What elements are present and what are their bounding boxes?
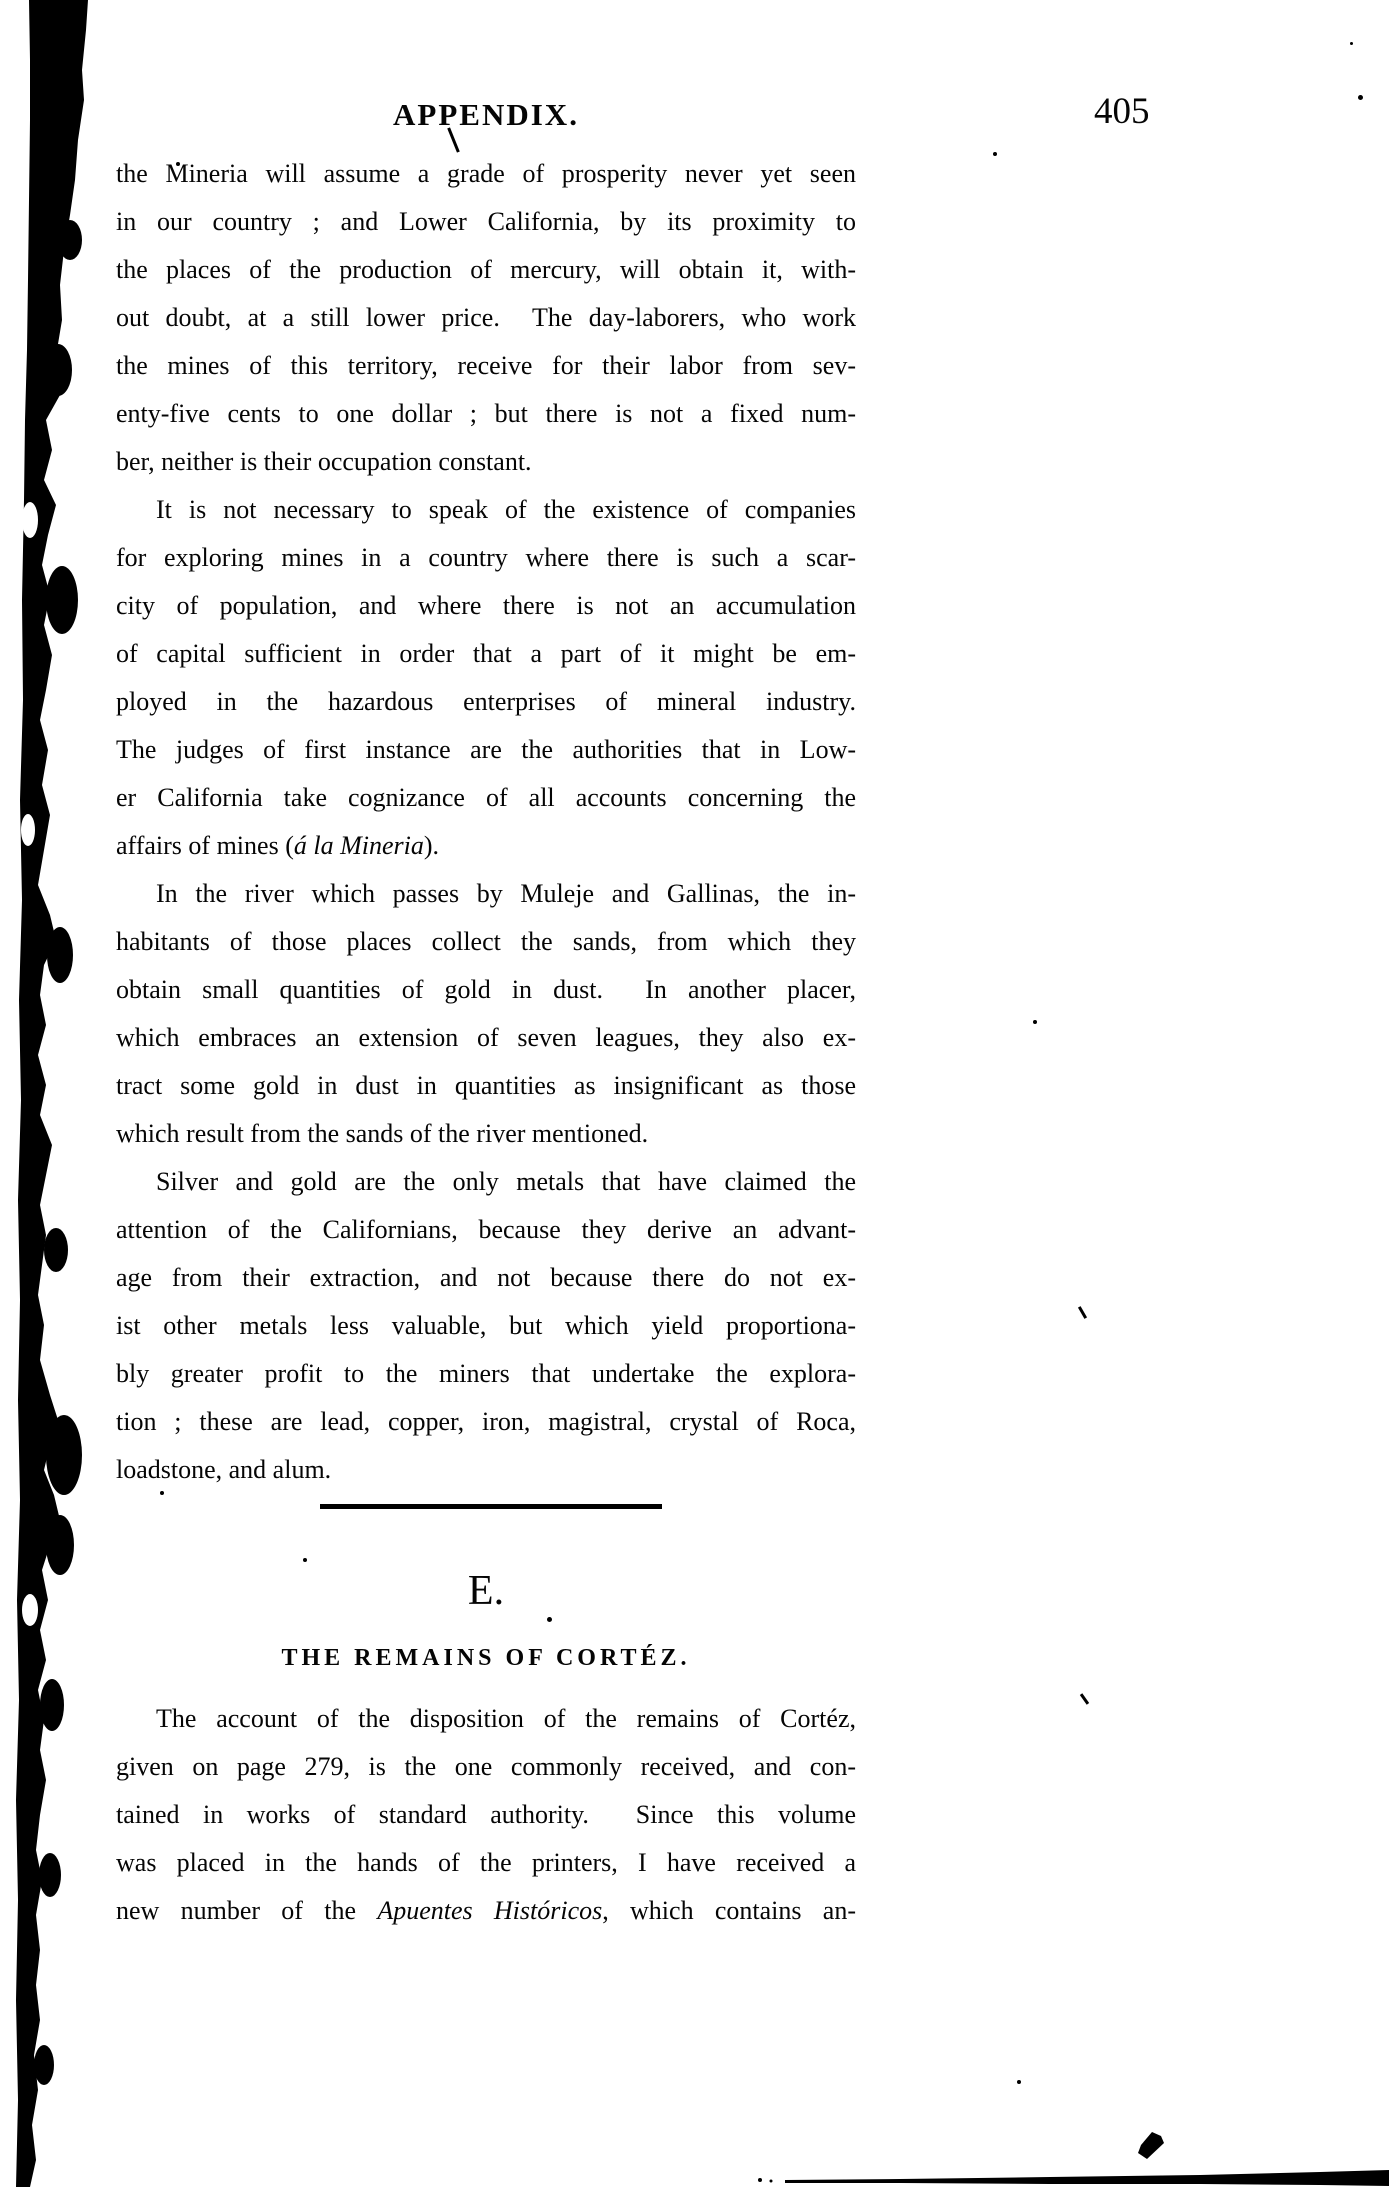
text-segment: age from their extraction, and not becau… xyxy=(116,1263,856,1292)
scan-speck xyxy=(993,152,997,156)
text-segment: in our country ; and Lower California, b… xyxy=(116,207,856,236)
text-line: ber, neither is their occupation constan… xyxy=(116,438,856,486)
text-line: bly greater profit to the miners that un… xyxy=(116,1350,856,1398)
scan-speck xyxy=(160,1491,164,1495)
text-segment: affairs of mines ( xyxy=(116,831,294,860)
text-line: obtain small quantities of gold in dust.… xyxy=(116,966,856,1014)
text-segment: Silver and gold are the only metals that… xyxy=(156,1167,856,1196)
text-line: The account of the disposition of the re… xyxy=(116,1695,856,1743)
text-segment: the mines of this territory, receive for… xyxy=(116,351,856,380)
text-line: In the river which passes by Muleje and … xyxy=(116,870,856,918)
text-segment: The account of the disposition of the re… xyxy=(156,1704,856,1733)
text-line: Silver and gold are the only metals that… xyxy=(116,1158,856,1206)
text-line: habitants of those places collect the sa… xyxy=(116,918,856,966)
text-line: given on page 279, is the one commonly r… xyxy=(116,1743,856,1791)
text-line: which embraces an extension of seven lea… xyxy=(116,1014,856,1062)
text-line: ist other metals less valuable, but whic… xyxy=(116,1302,856,1350)
text-line: the mines of this territory, receive for… xyxy=(116,342,856,390)
text-line: loadstone, and alum. xyxy=(116,1446,856,1494)
scan-speck xyxy=(1350,42,1353,45)
text-segment: the places of the production of mercury,… xyxy=(116,255,856,284)
text-segment: loadstone, and alum. xyxy=(116,1455,331,1484)
text-segment: habitants of those places collect the sa… xyxy=(116,927,856,956)
text-segment: It is not necessary to speak of the exis… xyxy=(156,495,856,524)
text-segment: was placed in the hands of the printers,… xyxy=(116,1848,856,1877)
stray-mark xyxy=(1080,1693,1089,1705)
text-line: tion ; these are lead, copper, iron, mag… xyxy=(116,1398,856,1446)
text-line: er California take cognizance of all acc… xyxy=(116,774,856,822)
text-segment: for exploring mines in a country where t… xyxy=(116,543,856,572)
text-segment: enty-five cents to one dollar ; but ther… xyxy=(116,399,856,428)
text-line: tained in works of standard authority. S… xyxy=(116,1791,856,1839)
text-line: new number of the Apuentes Históricos, w… xyxy=(116,1887,856,1935)
scan-speck xyxy=(1033,1020,1037,1024)
page-number: 405 xyxy=(1094,90,1150,133)
text-segment: tion ; these are lead, copper, iron, mag… xyxy=(116,1407,856,1436)
book-page: APPENDIX. 405 the Mineria will assume a … xyxy=(0,0,1389,2187)
text-line: which result from the sands of the river… xyxy=(116,1110,856,1158)
scan-speck xyxy=(303,1558,307,1562)
text-line: The judges of first instance are the aut… xyxy=(116,726,856,774)
appendix-e-paragraphs: The account of the disposition of the re… xyxy=(116,1695,856,1935)
text-segment: ber, neither is their occupation constan… xyxy=(116,447,532,476)
appendix-d-paragraphs: the Mineria will assume a grade of prosp… xyxy=(116,150,856,1494)
text-segment: tract some gold in dust in quantities as… xyxy=(116,1071,856,1100)
text-segment: ). xyxy=(424,831,439,860)
text-line: city of population, and where there is n… xyxy=(116,582,856,630)
text-segment: the Mineria will assume a grade of prosp… xyxy=(116,159,856,188)
text-line: It is not necessary to speak of the exis… xyxy=(116,486,856,534)
text-segment: city of population, and where there is n… xyxy=(116,591,856,620)
text-segment: out doubt, at a still lower price. The d… xyxy=(116,303,856,332)
text-line: out doubt, at a still lower price. The d… xyxy=(116,294,856,342)
section-heading: E. xyxy=(116,1565,856,1617)
section-divider xyxy=(320,1504,662,1509)
scan-speck xyxy=(176,162,180,166)
text-segment: , which contains an- xyxy=(602,1896,856,1925)
text-segment: The judges of first instance are the aut… xyxy=(116,735,856,764)
text-segment: of capital sufficient in order that a pa… xyxy=(116,639,856,668)
text-segment: tained in works of standard authority. S… xyxy=(116,1800,856,1829)
scan-speck xyxy=(547,1617,552,1622)
text-line: ployed in the hazardous enterprises of m… xyxy=(116,678,856,726)
text-segment: attention of the Californians, because t… xyxy=(116,1215,856,1244)
text-line: age from their extraction, and not becau… xyxy=(116,1254,856,1302)
text-segment: ist other metals less valuable, but whic… xyxy=(116,1311,856,1340)
scan-speck xyxy=(1358,95,1363,100)
text-line: in our country ; and Lower California, b… xyxy=(116,198,856,246)
text-line: the places of the production of mercury,… xyxy=(116,246,856,294)
text-segment: new number of the xyxy=(116,1896,377,1925)
text-line: attention of the Californians, because t… xyxy=(116,1206,856,1254)
text-line: tract some gold in dust in quantities as… xyxy=(116,1062,856,1110)
italic-text: Apuentes Históricos xyxy=(377,1896,602,1925)
text-segment: ployed in the hazardous enterprises of m… xyxy=(116,687,856,716)
text-segment: which embraces an extension of seven lea… xyxy=(116,1023,856,1052)
text-segment: er California take cognizance of all acc… xyxy=(116,783,856,812)
text-line: the Mineria will assume a grade of prosp… xyxy=(116,150,856,198)
book-gutter-shadow xyxy=(0,0,110,2187)
text-segment: obtain small quantities of gold in dust.… xyxy=(116,975,856,1004)
text-line: for exploring mines in a country where t… xyxy=(116,534,856,582)
stray-mark xyxy=(1078,1306,1087,1319)
text-segment: In the river which passes by Muleje and … xyxy=(156,879,856,908)
scanned-book-page: { "colors": {"ink": "#000000", "paper": … xyxy=(0,0,1389,2187)
text-line: affairs of mines (á la Mineria). xyxy=(116,822,856,870)
text-line: enty-five cents to one dollar ; but ther… xyxy=(116,390,856,438)
text-line: was placed in the hands of the printers,… xyxy=(116,1839,856,1887)
italic-text: á la Mineria xyxy=(294,831,424,860)
text-segment: bly greater profit to the miners that un… xyxy=(116,1359,856,1388)
text-segment: given on page 279, is the one commonly r… xyxy=(116,1752,856,1781)
text-line: of capital sufficient in order that a pa… xyxy=(116,630,856,678)
scan-speck xyxy=(1017,2080,1021,2084)
page-header-title: APPENDIX. xyxy=(116,97,856,133)
text-segment: which result from the sands of the river… xyxy=(116,1119,648,1148)
text-column: the Mineria will assume a grade of prosp… xyxy=(116,150,856,1935)
section-subheading: THE REMAINS OF CORTÉZ. xyxy=(116,1641,856,1675)
